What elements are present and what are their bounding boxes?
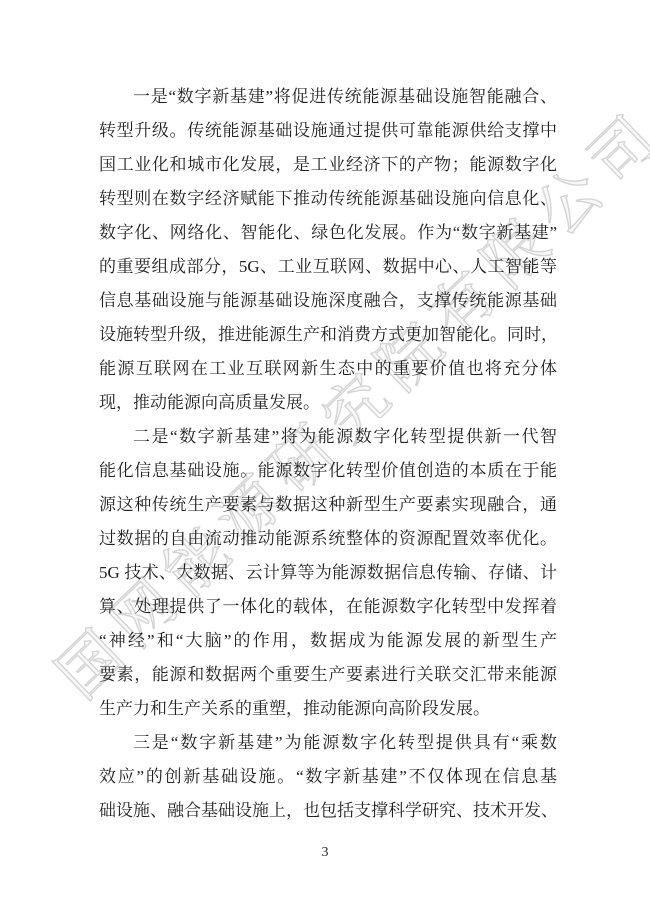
page-number: 3: [0, 845, 650, 861]
text-line: 础设施、融合基础设施上，也包括支撑科学研究、技术开发、: [99, 794, 557, 828]
text-line: 源这种传统生产要素与数据这种新型生产要素实现融合，通: [99, 488, 557, 522]
text-line: 设施转型升级，推进能源生产和消费方式更加智能化。同时，: [99, 318, 557, 352]
document-body: 一是“数字新基建”将促进传统能源基础设施智能融合、转型升级。传统能源基础设施通过…: [99, 80, 557, 828]
text-line: 算、处理提供了一体化的载体，在能源数字化转型中发挥着: [99, 590, 557, 624]
text-line: 转型升级。传统能源基础设施通过提供可靠能源供给支撑中: [99, 114, 557, 148]
text-line: “神经”和“大脑”的作用，数据成为能源发展的新型生产: [99, 624, 557, 658]
text-line: 效应”的创新基础设施。“数字新基建”不仅体现在信息基: [99, 760, 557, 794]
text-line: 生产力和生产关系的重塑，推动能源向高阶段发展。: [99, 692, 557, 726]
document-page: 国网能源研究院有限公司 一是“数字新基建”将促进传统能源基础设施智能融合、转型升…: [0, 0, 650, 919]
text-line: 的重要组成部分，5G、工业互联网、数据中心、人工智能等: [99, 250, 557, 284]
text-line: 数字化、网络化、智能化、绿色化发展。作为“数字新基建”: [99, 216, 557, 250]
text-line: 要素，能源和数据两个重要生产要素进行关联交汇带来能源: [99, 658, 557, 692]
text-line: 过数据的自由流动推动能源系统整体的资源配置效率优化。: [99, 522, 557, 556]
text-line: 二是“数字新基建”将为能源数字化转型提供新一代智: [99, 420, 557, 454]
text-line: 三是“数字新基建”为能源数字化转型提供具有“乘数: [99, 726, 557, 760]
text-line: 能源互联网在工业互联网新生态中的重要价值也将充分体: [99, 352, 557, 386]
text-line: 5G 技术、大数据、云计算等为能源数据信息传输、存储、计: [99, 556, 557, 590]
text-line: 一是“数字新基建”将促进传统能源基础设施智能融合、: [99, 80, 557, 114]
text-line: 现，推动能源向高质量发展。: [99, 386, 557, 420]
text-line: 信息基础设施与能源基础设施深度融合，支撑传统能源基础: [99, 284, 557, 318]
text-line: 能化信息基础设施。能源数字化转型价值创造的本质在于能: [99, 454, 557, 488]
text-line: 国工业化和城市化发展，是工业经济下的产物；能源数字化: [99, 148, 557, 182]
text-line: 转型则在数字经济赋能下推动传统能源基础设施向信息化、: [99, 182, 557, 216]
